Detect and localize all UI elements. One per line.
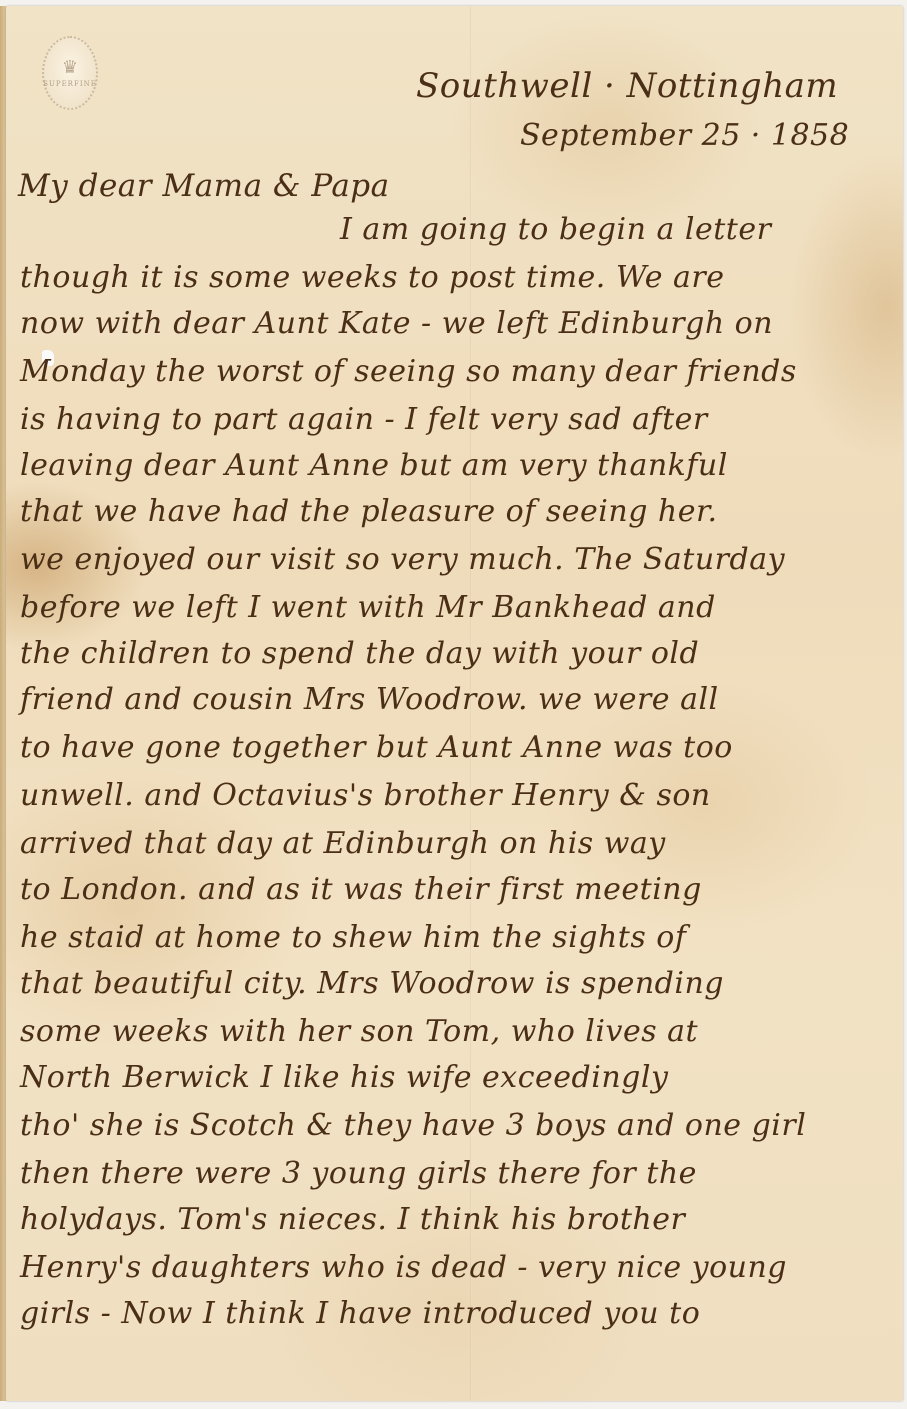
letter-line: now with dear Aunt Kate - we left Edinbu…: [20, 306, 773, 341]
crown-icon: ♛: [62, 58, 78, 76]
letter-line: that beautiful city. Mrs Woodrow is spen…: [20, 966, 724, 1001]
letter-line: we enjoyed our visit so very much. The S…: [20, 542, 785, 577]
letter-line: some weeks with her son Tom, who lives a…: [20, 1014, 698, 1049]
letter-line: tho' she is Scotch & they have 3 boys an…: [20, 1108, 806, 1143]
letter-line: arrived that day at Edinburgh on his way: [20, 826, 666, 861]
letter-line: he staid at home to shew him the sights …: [20, 920, 686, 955]
letter-line: to London. and as it was their first mee…: [20, 872, 702, 907]
letter-place: Southwell · Nottingham: [416, 66, 838, 106]
seal-text: SUPERFINE: [43, 80, 97, 88]
letter-line: to have gone together but Aunt Anne was …: [20, 730, 733, 765]
letter-line: I am going to begin a letter: [340, 212, 771, 247]
letter-line: girls - Now I think I have introduced yo…: [20, 1296, 700, 1331]
letter-line: leaving dear Aunt Anne but am very thank…: [20, 448, 728, 483]
letter-line: though it is some weeks to post time. We…: [20, 260, 725, 295]
letter-line: Henry's daughters who is dead - very nic…: [20, 1250, 787, 1285]
letter-line: that we have had the pleasure of seeing …: [20, 494, 718, 529]
embossed-seal: ♛ SUPERFINE: [42, 36, 98, 110]
letter-line: before we left I went with Mr Bankhead a…: [20, 590, 716, 625]
letter-line: unwell. and Octavius's brother Henry & s…: [20, 778, 711, 813]
letter-line: friend and cousin Mrs Woodrow. we were a…: [20, 682, 719, 717]
letter-line: Monday the worst of seeing so many dear …: [20, 354, 797, 389]
letter-salutation: My dear Mama & Papa: [18, 168, 390, 204]
letter-line: then there were 3 young girls there for …: [20, 1156, 697, 1191]
letter-line: is having to part again - I felt very sa…: [20, 402, 708, 437]
letter-date: September 25 · 1858: [520, 118, 849, 153]
letter-line: North Berwick I like his wife exceedingl…: [20, 1060, 668, 1095]
letter-line: the children to spend the day with your …: [20, 636, 699, 671]
letter-line: holydays. Tom's nieces. I think his brot…: [20, 1202, 685, 1237]
